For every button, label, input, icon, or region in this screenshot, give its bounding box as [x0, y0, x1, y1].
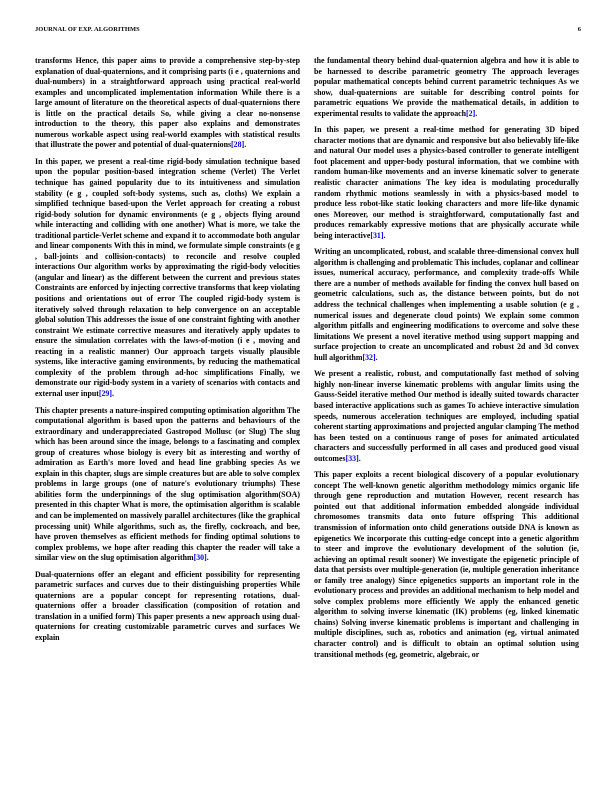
paragraph: transforms Hence, this paper aims to pro…: [35, 56, 300, 151]
citation-link[interactable]: [31]: [370, 231, 383, 240]
paragraph-text: the fundamental theory behind dual-quate…: [314, 56, 579, 118]
paragraph-end: .: [207, 553, 209, 562]
citation-link[interactable]: [2]: [466, 109, 475, 118]
page-number: 6: [578, 26, 581, 33]
paragraph-end: .: [112, 389, 114, 398]
paragraph-text: This chapter presents a nature-inspired …: [35, 406, 300, 563]
citation-link[interactable]: [33]: [346, 454, 359, 463]
paragraph-text: This paper exploits a recent biological …: [314, 470, 579, 658]
journal-title: JOURNAL OF EXP. ALGORITHMS: [35, 26, 140, 33]
paragraph-text: In this paper, we present a real-time ri…: [35, 157, 300, 398]
paragraph-end: .: [383, 231, 385, 240]
paragraph-text: We present a realistic, robust, and comp…: [314, 369, 579, 462]
paragraph-end: .: [475, 109, 477, 118]
paragraph-end: .: [359, 454, 361, 463]
paragraph-end: .: [244, 140, 246, 149]
left-column: transforms Hence, this paper aims to pro…: [35, 56, 300, 650]
paragraph: Dual-quaternions offer an elegant and ef…: [35, 570, 300, 644]
right-column: the fundamental theory behind dual-quate…: [314, 56, 579, 666]
citation-link[interactable]: [29]: [99, 389, 112, 398]
paragraph-text: Writing an uncomplicated, robust, and sc…: [314, 247, 579, 361]
paragraph-text: Dual-quaternions offer an elegant and ef…: [35, 570, 300, 642]
paragraph-text: transforms Hence, this paper aims to pro…: [35, 56, 300, 149]
citation-link[interactable]: [32]: [362, 353, 375, 362]
running-header: JOURNAL OF EXP. ALGORITHMS 6: [35, 26, 581, 38]
paragraph: In this paper, we present a real-time me…: [314, 125, 579, 241]
paragraph: This paper exploits a recent biological …: [314, 470, 579, 660]
citation-link[interactable]: [28]: [231, 140, 244, 149]
citation-link[interactable]: [30]: [194, 553, 207, 562]
paragraph: This chapter presents a nature-inspired …: [35, 406, 300, 564]
paragraph-text: In this paper, we present a real-time me…: [314, 125, 579, 239]
paragraph: In this paper, we present a real-time ri…: [35, 157, 300, 400]
paragraph: Writing an uncomplicated, robust, and sc…: [314, 247, 579, 363]
paragraph: the fundamental theory behind dual-quate…: [314, 56, 579, 119]
paragraph: We present a realistic, robust, and comp…: [314, 369, 579, 464]
paragraph-end: .: [376, 353, 378, 362]
